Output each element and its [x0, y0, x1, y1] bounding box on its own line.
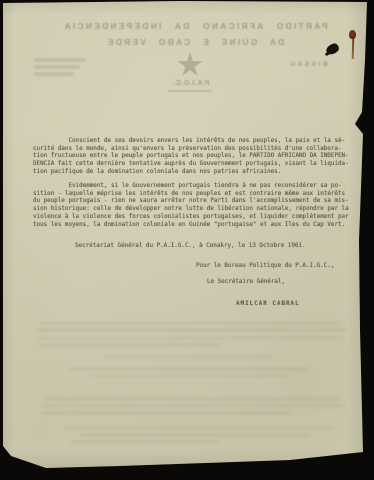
signature-name: AMILCAR CABRAL [236, 301, 300, 309]
bleedthrough-underline [168, 90, 212, 92]
paragraph-1: Conscient de ses devoirs envers les inté… [33, 138, 359, 177]
closing-for-line: Pour le Bureau Politique du P.A.I.G.C., [196, 263, 334, 271]
scanned-letter-page: PARTIDO AFRICANO DA INDEPENDENCIA DA GUI… [0, 0, 374, 480]
bleedthrough-org-abbrev: P.A.I.G.C. [162, 80, 220, 87]
dateline: Secrétariat Général du P.A.I.G.C., à Con… [75, 243, 355, 251]
bleedthrough-letterhead-line2: DA GUINE E CABO VERDE [40, 37, 350, 47]
bleedthrough-letterhead-line1: PARTIDO AFRICANO DA INDEPENDENCIA [40, 21, 350, 31]
paragraph-2: Evidemment, si le Gouvernement portugais… [33, 183, 359, 229]
rust-pin-mark-head [349, 30, 356, 39]
closing-title-line: Le Secrétaire Général, [207, 279, 285, 287]
star-emblem-icon [177, 52, 203, 78]
rust-pin-mark-stem [352, 38, 354, 59]
bleedthrough-location: BISSAU [288, 61, 328, 68]
